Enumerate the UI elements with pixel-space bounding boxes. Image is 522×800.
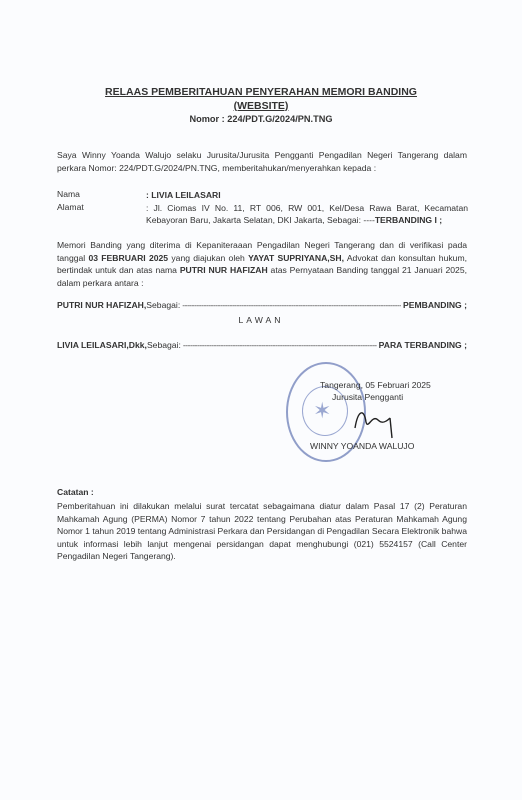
respondent-name: LIVIA LEILASARI,Dkk, — [57, 340, 147, 350]
note-heading: Catatan : — [57, 487, 94, 497]
client-name: PUTRI NUR HAFIZAH — [180, 265, 268, 275]
nama-value: : LIVIA LEILASARI — [146, 189, 468, 201]
signature-scribble — [350, 400, 410, 440]
body-paragraph: Memori Banding yang diterima di Kepanite… — [57, 239, 467, 289]
appellant-line: PUTRI NUR HAFIZAH,Sebagai:--------------… — [57, 300, 467, 310]
respondent-sebagai: Sebagai: — [147, 340, 181, 350]
appellant-name: PUTRI NUR HAFIZAH, — [57, 300, 146, 310]
appellant-role: PEMBANDING ; — [403, 300, 467, 310]
versus-label: LAWAN — [0, 315, 522, 325]
signature-name: WINNY YOANDA WALUJO — [310, 441, 414, 451]
note-text: Pemberitahuan ini dilakukan melalui sura… — [57, 500, 467, 563]
dash-leader: ----------------------------------------… — [183, 340, 377, 350]
signature-position: Jurusita Pengganti — [332, 392, 403, 402]
stamp-star-icon: ✶ — [313, 400, 331, 422]
case-number: Nomor : 224/PDT.G/2024/PN.TNG — [0, 114, 522, 124]
body-text-2: yang diajukan oleh — [168, 253, 248, 263]
alamat-label: Alamat — [57, 202, 84, 212]
document-title: RELAAS PEMBERITAHUAN PENYERAHAN MEMORI B… — [0, 86, 522, 98]
alamat-value: : Jl. Ciomas IV No. 11, RT 006, RW 001, … — [146, 202, 468, 227]
lawyer-name: YAYAT SUPRIYANA,SH, — [248, 253, 344, 263]
appellant-sebagai: Sebagai: — [146, 300, 180, 310]
nama-label: Nama — [57, 189, 80, 199]
intro-paragraph: Saya Winny Yoanda Walujo selaku Jurusita… — [57, 149, 467, 174]
document-page: RELAAS PEMBERITAHUAN PENYERAHAN MEMORI B… — [0, 0, 522, 800]
respondent-role: PARA TERBANDING ; — [379, 340, 467, 350]
document-subtitle: (WEBSITE) — [0, 100, 522, 112]
dash-leader: ----------------------------------------… — [182, 300, 401, 310]
signature-place-date: Tangerang, 05 Februari 2025 — [320, 380, 431, 390]
alamat-role: TERBANDING I ; — [375, 215, 442, 225]
respondent-line: LIVIA LEILASARI,Dkk,Sebagai:------------… — [57, 340, 467, 350]
verification-date: 03 FEBRUARI 2025 — [88, 253, 168, 263]
